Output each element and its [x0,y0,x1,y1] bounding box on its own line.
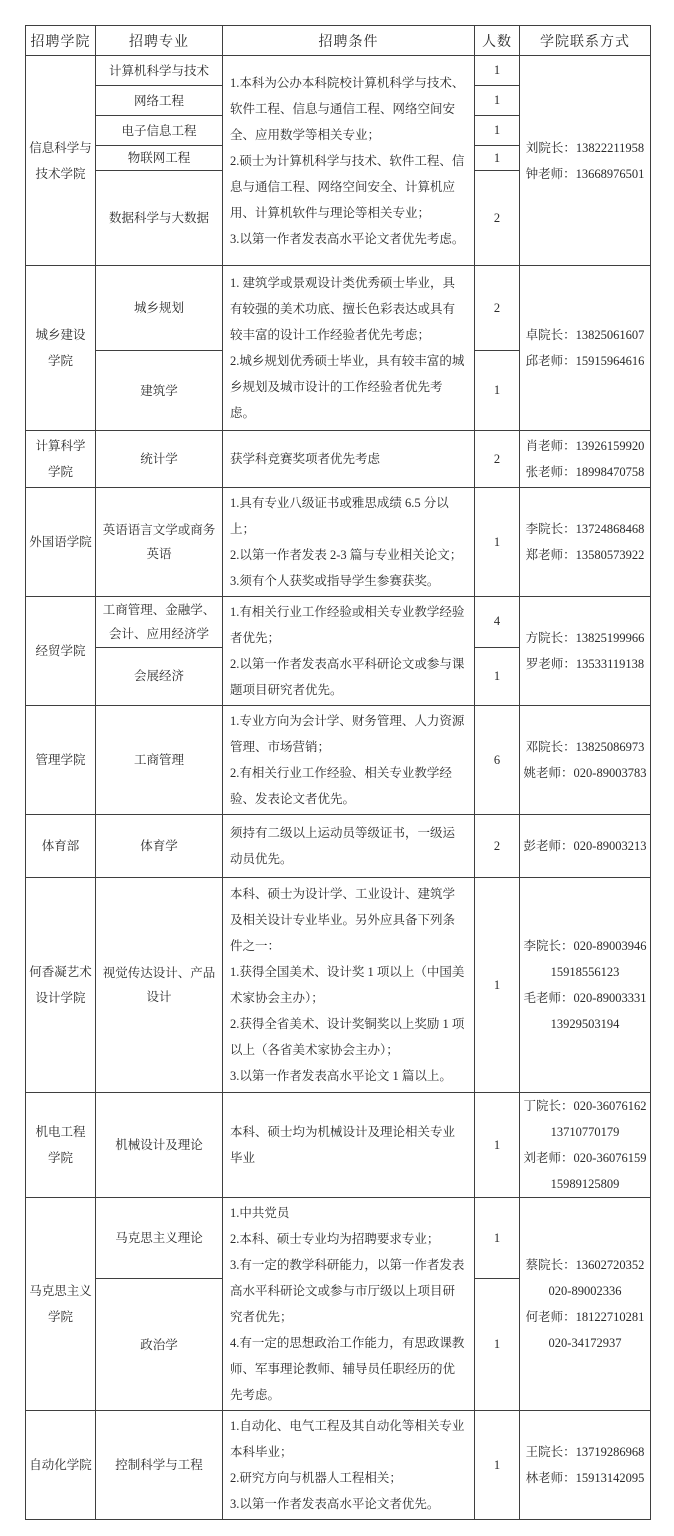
page: 招聘学院 招聘专业 招聘条件 人数 学院联系方式 信息科学与 技术学院 计算机科… [0,0,674,1536]
headcount-cell: 2 [475,815,520,878]
table-row: 经贸学院 工商管理、金融学、 会计、应用经济学 1.有相关行业工作经验或相关专业… [26,597,651,648]
table-row: 城乡建设 学院 城乡规划 1. 建筑学或景观设计类优秀硕士毕业，具有较强的美术功… [26,266,651,351]
college-cell: 何香凝艺术 设计学院 [26,878,96,1093]
conditions-cell: 1.具有专业八级证书或雅思成绩 6.5 分以上； 2.以第一作者发表 2-3 篇… [223,488,475,597]
contact-cell: 李院长：020-89003946 15918556123 毛老师：020-890… [520,878,651,1093]
headcount-cell: 1 [475,86,520,116]
contact-cell: 王院长：13719286968 林老师：15913142095 [520,1411,651,1520]
conditions-cell: 1.自动化、电气工程及其自动化等相关专业本科毕业； 2.研究方向与机器人工程相关… [223,1411,475,1520]
col-header-major: 招聘专业 [96,26,223,56]
conditions-cell: 获学科竞赛奖项者优先考虑 [223,431,475,488]
contact-cell: 肖老师：13926159920 张老师：18998470758 [520,431,651,488]
major-cell: 城乡规划 [96,266,223,351]
headcount-cell: 2 [475,431,520,488]
conditions-cell: 1.中共党员 2.本科、硕士专业均为招聘要求专业； 3.有一定的教学科研能力，以… [223,1198,475,1411]
major-cell: 工商管理 [96,706,223,815]
conditions-cell: 须持有二级以上运动员等级证书，一级运动员优先。 [223,815,475,878]
conditions-cell: 1.本科为公办本科院校计算机科学与技术、软件工程、信息与通信工程、网络空间安全、… [223,56,475,266]
headcount-cell: 1 [475,878,520,1093]
college-cell: 外国语学院 [26,488,96,597]
major-cell: 计算机科学与技术 [96,56,223,86]
table-row: 体育部 体育学 须持有二级以上运动员等级证书，一级运动员优先。 2 彭老师：02… [26,815,651,878]
table-row: 信息科学与 技术学院 计算机科学与技术 1.本科为公办本科院校计算机科学与技术、… [26,56,651,86]
table-row: 何香凝艺术 设计学院 视觉传达设计、产品 设计 本科、硕士为设计学、工业设计、建… [26,878,651,1093]
conditions-cell: 本科、硕士均为机械设计及理论相关专业毕业 [223,1093,475,1198]
headcount-cell: 1 [475,647,520,705]
college-cell: 管理学院 [26,706,96,815]
contact-cell: 彭老师：020-89003213 [520,815,651,878]
college-cell: 计算科学 学院 [26,431,96,488]
major-cell: 网络工程 [96,86,223,116]
major-cell: 统计学 [96,431,223,488]
major-cell: 英语语言文学或商务 英语 [96,488,223,597]
contact-cell: 方院长：13825199966 罗老师：13533119138 [520,597,651,706]
conditions-cell: 1. 建筑学或景观设计类优秀硕士毕业，具有较强的美术功底、擅长色彩表达或具有较丰… [223,266,475,431]
headcount-cell: 1 [475,116,520,146]
contact-cell: 邓院长：13825086973 姚老师：020-89003783 [520,706,651,815]
college-cell: 经贸学院 [26,597,96,706]
major-cell: 政治学 [96,1279,223,1411]
table-row: 计算科学 学院 统计学 获学科竞赛奖项者优先考虑 2 肖老师：139261599… [26,431,651,488]
headcount-cell: 2 [475,266,520,351]
table-row: 机电工程 学院 机械设计及理论 本科、硕士均为机械设计及理论相关专业毕业 1 丁… [26,1093,651,1198]
major-cell: 物联网工程 [96,146,223,171]
contact-cell: 刘院长：13822211958 钟老师：13668976501 [520,56,651,266]
contact-cell: 卓院长：13825061607 邱老师：15915964616 [520,266,651,431]
college-cell: 机电工程 学院 [26,1093,96,1198]
contact-cell: 蔡院长：13602720352 020-89002336 何老师：1812271… [520,1198,651,1411]
conditions-cell: 1.有相关行业工作经验或相关专业教学经验者优先； 2.以第一作者发表高水平科研论… [223,597,475,706]
headcount-cell: 1 [475,146,520,171]
major-cell: 视觉传达设计、产品 设计 [96,878,223,1093]
header-row: 招聘学院 招聘专业 招聘条件 人数 学院联系方式 [26,26,651,56]
college-cell: 城乡建设 学院 [26,266,96,431]
major-cell: 体育学 [96,815,223,878]
headcount-cell: 1 [475,1279,520,1411]
major-cell: 会展经济 [96,647,223,705]
college-cell: 自动化学院 [26,1411,96,1520]
major-cell: 建筑学 [96,351,223,431]
major-cell: 数据科学与大数据 [96,171,223,266]
headcount-cell: 4 [475,597,520,648]
headcount-cell: 6 [475,706,520,815]
contact-cell: 李院长：13724868468 郑老师：13580573922 [520,488,651,597]
headcount-cell: 2 [475,171,520,266]
col-header-headcount: 人数 [475,26,520,56]
table-row: 自动化学院 控制科学与工程 1.自动化、电气工程及其自动化等相关专业本科毕业； … [26,1411,651,1520]
headcount-cell: 1 [475,1093,520,1198]
college-cell: 体育部 [26,815,96,878]
table-row: 管理学院 工商管理 1.专业方向为会计学、财务管理、人力资源管理、市场营销； 2… [26,706,651,815]
recruitment-table: 招聘学院 招聘专业 招聘条件 人数 学院联系方式 信息科学与 技术学院 计算机科… [25,25,651,1520]
contact-cell: 丁院长：020-36076162 13710770179 刘老师：020-360… [520,1093,651,1198]
major-cell: 工商管理、金融学、 会计、应用经济学 [96,597,223,648]
headcount-cell: 1 [475,56,520,86]
conditions-cell: 1.专业方向为会计学、财务管理、人力资源管理、市场营销； 2.有相关行业工作经验… [223,706,475,815]
headcount-cell: 1 [475,1411,520,1520]
conditions-cell: 本科、硕士为设计学、工业设计、建筑学及相关设计专业毕业。另外应具备下列条件之一：… [223,878,475,1093]
college-cell: 马克思主义 学院 [26,1198,96,1411]
col-header-college: 招聘学院 [26,26,96,56]
headcount-cell: 1 [475,351,520,431]
major-cell: 马克思主义理论 [96,1198,223,1279]
headcount-cell: 1 [475,488,520,597]
major-cell: 控制科学与工程 [96,1411,223,1520]
table-row: 马克思主义 学院 马克思主义理论 1.中共党员 2.本科、硕士专业均为招聘要求专… [26,1198,651,1279]
col-header-contact: 学院联系方式 [520,26,651,56]
col-header-conditions: 招聘条件 [223,26,475,56]
college-cell: 信息科学与 技术学院 [26,56,96,266]
headcount-cell: 1 [475,1198,520,1279]
major-cell: 机械设计及理论 [96,1093,223,1198]
table-row: 外国语学院 英语语言文学或商务 英语 1.具有专业八级证书或雅思成绩 6.5 分… [26,488,651,597]
major-cell: 电子信息工程 [96,116,223,146]
